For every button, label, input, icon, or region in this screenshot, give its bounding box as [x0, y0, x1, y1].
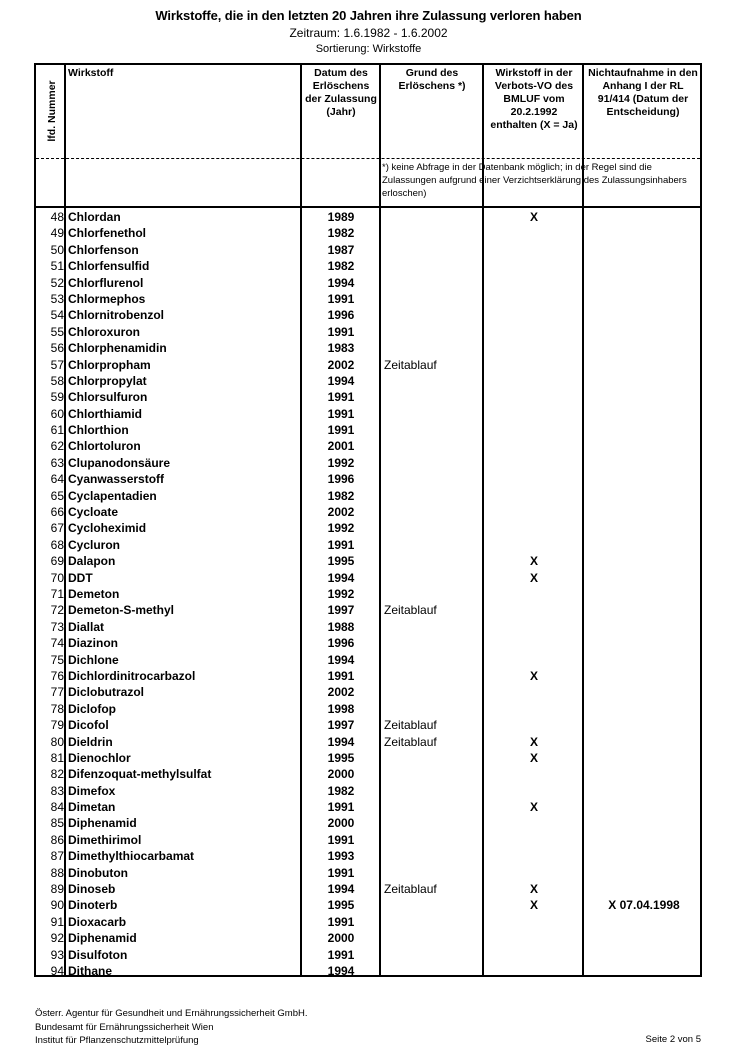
row-substance: Cycluron [68, 537, 120, 553]
row-number: 82 [36, 766, 64, 782]
row-number: 90 [36, 897, 64, 913]
row-number: 88 [36, 865, 64, 881]
table-row: 74Diazinon1996 [36, 635, 700, 651]
row-substance: Dimethirimol [68, 832, 141, 848]
table-row: 63Clupanodonsäure1992 [36, 455, 700, 471]
row-number: 94 [36, 963, 64, 979]
row-substance: DDT [68, 570, 93, 586]
row-year: 1989 [302, 209, 380, 225]
row-year: 1996 [302, 307, 380, 323]
row-ban-flag: X [484, 734, 584, 750]
table-row: 87Dimethylthiocarbamat1993 [36, 848, 700, 864]
row-substance: Dithane [68, 963, 112, 979]
row-year: 1991 [302, 914, 380, 930]
row-substance: Chloroxuron [68, 324, 140, 340]
row-substance: Cyclapentadien [68, 488, 157, 504]
row-number: 78 [36, 701, 64, 717]
row-ban-flag: X [484, 750, 584, 766]
table-row: 60Chlorthiamid1991 [36, 406, 700, 422]
row-number: 66 [36, 504, 64, 520]
row-reason: Zeitablauf [384, 734, 437, 750]
table-row: 72Demeton-S-methyl1997Zeitablauf [36, 602, 700, 618]
row-substance: Dienochlor [68, 750, 131, 766]
row-number: 85 [36, 815, 64, 831]
table-row: 69Dalapon1995X [36, 553, 700, 569]
table-row: 61Chlorthion1991 [36, 422, 700, 438]
row-year: 1992 [302, 520, 380, 536]
row-substance: Chlorpropham [68, 357, 151, 373]
row-year: 1997 [302, 602, 380, 618]
table-row: 70DDT1994X [36, 570, 700, 586]
table-row: 94Dithane1994 [36, 963, 700, 979]
table-row: 48Chlordan1989X [36, 209, 700, 225]
row-year: 1994 [302, 963, 380, 979]
table-row: 76Dichlordinitrocarbazol1991X [36, 668, 700, 684]
row-year: 1995 [302, 750, 380, 766]
row-number: 61 [36, 422, 64, 438]
row-substance: Chlorthion [68, 422, 129, 438]
row-number: 54 [36, 307, 64, 323]
header-ban: Wirkstoff in der Verbots-VO des BMLUF vo… [486, 67, 582, 132]
row-number: 93 [36, 947, 64, 963]
row-number: 65 [36, 488, 64, 504]
row-substance: Dichlone [68, 652, 119, 668]
row-ban-flag: X [484, 881, 584, 897]
header-separator [36, 158, 700, 159]
row-substance: Chlorphenamidin [68, 340, 167, 356]
row-number: 52 [36, 275, 64, 291]
header-name: Wirkstoff [68, 67, 288, 80]
row-number: 92 [36, 930, 64, 946]
table-row: 80Dieldrin1994ZeitablaufX [36, 734, 700, 750]
header-annex: Nichtaufnahme in den Anhang I der RL 91/… [586, 67, 700, 119]
row-substance: Chlorfensulfid [68, 258, 149, 274]
header-reason: Grund des Erlöschens *) [384, 67, 480, 93]
footer-line: Bundesamt für Ernährungssicherheit Wien [35, 1021, 307, 1035]
table-row: 64Cyanwasserstoff1996 [36, 471, 700, 487]
table-row: 49Chlorfenethol1982 [36, 225, 700, 241]
body-separator [36, 206, 700, 208]
row-substance: Diphenamid [68, 930, 137, 946]
row-substance: Dioxacarb [68, 914, 126, 930]
table-row: 52Chlorflurenol1994 [36, 275, 700, 291]
row-substance: Chlordan [68, 209, 121, 225]
period-subtitle: Zeitraum: 1.6.1982 - 1.6.2002 [0, 26, 737, 40]
table-row: 81Dienochlor1995X [36, 750, 700, 766]
row-number: 56 [36, 340, 64, 356]
table-row: 85Diphenamid2000 [36, 815, 700, 831]
row-substance: Dinoseb [68, 881, 115, 897]
reason-footnote: *) keine Abfrage in der Datenbank möglic… [382, 161, 702, 200]
row-number: 74 [36, 635, 64, 651]
row-number: 71 [36, 586, 64, 602]
table-row: 89Dinoseb1994ZeitablaufX [36, 881, 700, 897]
row-substance: Cycloate [68, 504, 118, 520]
sorting-subtitle: Sortierung: Wirkstoffe [0, 43, 737, 55]
header-year: Datum des Erlöschens der Zulassung (Jahr… [304, 67, 378, 119]
row-year: 1982 [302, 488, 380, 504]
row-year: 1994 [302, 570, 380, 586]
table-row: 59Chlorsulfuron1991 [36, 389, 700, 405]
row-year: 1998 [302, 701, 380, 717]
table-row: 83Dimefox1982 [36, 783, 700, 799]
row-number: 60 [36, 406, 64, 422]
row-ban-flag: X [484, 553, 584, 569]
row-substance: Diazinon [68, 635, 118, 651]
row-substance: Chlorpropylat [68, 373, 147, 389]
table-body: 48Chlordan1989X49Chlorfenethol198250Chlo… [36, 209, 700, 979]
row-substance: Diphenamid [68, 815, 137, 831]
row-year: 1992 [302, 586, 380, 602]
row-substance: Chlormephos [68, 291, 145, 307]
row-number: 72 [36, 602, 64, 618]
row-substance: Dalapon [68, 553, 115, 569]
row-year: 2002 [302, 357, 380, 373]
table-row: 82Difenzoquat-methylsulfat2000 [36, 766, 700, 782]
row-substance: Demeton [68, 586, 119, 602]
row-ban-flag: X [484, 209, 584, 225]
row-number: 62 [36, 438, 64, 454]
row-year: 1991 [302, 291, 380, 307]
row-number: 86 [36, 832, 64, 848]
row-substance: Demeton-S-methyl [68, 602, 174, 618]
row-number: 48 [36, 209, 64, 225]
row-number: 77 [36, 684, 64, 700]
table-row: 93Disulfoton1991 [36, 947, 700, 963]
table-row: 73Diallat1988 [36, 619, 700, 635]
row-ban-flag: X [484, 668, 584, 684]
row-number: 51 [36, 258, 64, 274]
row-year: 1992 [302, 455, 380, 471]
row-number: 55 [36, 324, 64, 340]
row-substance: Diclofop [68, 701, 116, 717]
row-year: 2000 [302, 766, 380, 782]
row-year: 2002 [302, 684, 380, 700]
row-number: 83 [36, 783, 64, 799]
row-year: 1996 [302, 635, 380, 651]
row-number: 57 [36, 357, 64, 373]
row-substance: Chlorfenson [68, 242, 139, 258]
row-substance: Dinobuton [68, 865, 128, 881]
footer-institution: Österr. Agentur für Gesundheit und Ernäh… [35, 1007, 307, 1048]
row-year: 1996 [302, 471, 380, 487]
row-substance: Diallat [68, 619, 104, 635]
row-number: 53 [36, 291, 64, 307]
row-year: 1987 [302, 242, 380, 258]
row-number: 50 [36, 242, 64, 258]
row-substance: Chlorsulfuron [68, 389, 147, 405]
row-number: 63 [36, 455, 64, 471]
substances-table: lfd. Nummer Wirkstoff Datum des Erlösche… [34, 63, 702, 977]
row-number: 84 [36, 799, 64, 815]
row-substance: Chlornitrobenzol [68, 307, 164, 323]
row-substance: Diclobutrazol [68, 684, 144, 700]
table-row: 54Chlornitrobenzol1996 [36, 307, 700, 323]
row-year: 1993 [302, 848, 380, 864]
table-row: 67Cycloheximid1992 [36, 520, 700, 536]
row-substance: Dichlordinitrocarbazol [68, 668, 195, 684]
row-year: 1991 [302, 389, 380, 405]
row-year: 1991 [302, 668, 380, 684]
row-number: 58 [36, 373, 64, 389]
table-row: 77Diclobutrazol2002 [36, 684, 700, 700]
footer-line: Österr. Agentur für Gesundheit und Ernäh… [35, 1007, 307, 1021]
table-row: 50Chlorfenson1987 [36, 242, 700, 258]
row-number: 89 [36, 881, 64, 897]
row-number: 75 [36, 652, 64, 668]
row-year: 1988 [302, 619, 380, 635]
row-year: 2000 [302, 930, 380, 946]
row-year: 1982 [302, 225, 380, 241]
table-row: 51Chlorfensulfid1982 [36, 258, 700, 274]
row-year: 1994 [302, 881, 380, 897]
row-year: 1994 [302, 734, 380, 750]
table-row: 86Dimethirimol1991 [36, 832, 700, 848]
row-year: 1991 [302, 537, 380, 553]
row-substance: Chlorfenethol [68, 225, 146, 241]
table-row: 53Chlormephos1991 [36, 291, 700, 307]
table-row: 56Chlorphenamidin1983 [36, 340, 700, 356]
row-year: 1997 [302, 717, 380, 733]
row-substance: Difenzoquat-methylsulfat [68, 766, 211, 782]
row-substance: Cyanwasserstoff [68, 471, 164, 487]
row-number: 91 [36, 914, 64, 930]
table-row: 66Cycloate2002 [36, 504, 700, 520]
table-row: 84Dimetan1991X [36, 799, 700, 815]
row-reason: Zeitablauf [384, 602, 437, 618]
row-reason: Zeitablauf [384, 357, 437, 373]
row-substance: Dimetan [68, 799, 115, 815]
row-year: 1994 [302, 652, 380, 668]
table-row: 62Chlortoluron2001 [36, 438, 700, 454]
document-title: Wirkstoffe, die in den letzten 20 Jahren… [0, 8, 737, 23]
row-year: 1994 [302, 275, 380, 291]
row-substance: Chlorflurenol [68, 275, 143, 291]
row-year: 1991 [302, 406, 380, 422]
footer-line: Institut für Pflanzenschutzmittelprüfung [35, 1034, 307, 1048]
row-year: 1994 [302, 373, 380, 389]
row-reason: Zeitablauf [384, 881, 437, 897]
row-substance: Cycloheximid [68, 520, 146, 536]
row-year: 1991 [302, 947, 380, 963]
table-row: 79Dicofol1997Zeitablauf [36, 717, 700, 733]
row-ban-flag: X [484, 897, 584, 913]
row-year: 1991 [302, 799, 380, 815]
row-number: 49 [36, 225, 64, 241]
row-number: 76 [36, 668, 64, 684]
row-annex: X 07.04.1998 [586, 897, 702, 913]
row-substance: Chlortoluron [68, 438, 141, 454]
row-year: 1991 [302, 832, 380, 848]
row-year: 2001 [302, 438, 380, 454]
row-number: 81 [36, 750, 64, 766]
row-substance: Disulfoton [68, 947, 127, 963]
row-year: 2002 [302, 504, 380, 520]
row-year: 1983 [302, 340, 380, 356]
row-number: 59 [36, 389, 64, 405]
row-number: 69 [36, 553, 64, 569]
row-number: 87 [36, 848, 64, 864]
row-number: 79 [36, 717, 64, 733]
row-number: 73 [36, 619, 64, 635]
row-substance: Chlorthiamid [68, 406, 142, 422]
row-year: 2000 [302, 815, 380, 831]
row-substance: Dimefox [68, 783, 115, 799]
row-year: 1982 [302, 258, 380, 274]
row-year: 1991 [302, 422, 380, 438]
row-substance: Clupanodonsäure [68, 455, 170, 471]
table-row: 88Dinobuton1991 [36, 865, 700, 881]
row-substance: Dicofol [68, 717, 109, 733]
row-number: 68 [36, 537, 64, 553]
table-row: 65Cyclapentadien1982 [36, 488, 700, 504]
row-year: 1982 [302, 783, 380, 799]
row-number: 67 [36, 520, 64, 536]
table-row: 75Dichlone1994 [36, 652, 700, 668]
row-number: 70 [36, 570, 64, 586]
row-ban-flag: X [484, 570, 584, 586]
row-ban-flag: X [484, 799, 584, 815]
row-year: 1991 [302, 324, 380, 340]
table-row: 58Chlorpropylat1994 [36, 373, 700, 389]
table-row: 90Dinoterb1995XX 07.04.1998 [36, 897, 700, 913]
row-substance: Dinoterb [68, 897, 117, 913]
header-nr: lfd. Nummer [39, 69, 65, 153]
row-substance: Dimethylthiocarbamat [68, 848, 194, 864]
row-number: 64 [36, 471, 64, 487]
row-reason: Zeitablauf [384, 717, 437, 733]
table-row: 92Diphenamid2000 [36, 930, 700, 946]
row-year: 1991 [302, 865, 380, 881]
table-row: 71Demeton1992 [36, 586, 700, 602]
table-row: 57Chlorpropham2002Zeitablauf [36, 357, 700, 373]
page-number: Seite 2 von 5 [646, 1034, 701, 1045]
row-substance: Dieldrin [68, 734, 113, 750]
row-year: 1995 [302, 553, 380, 569]
table-row: 68Cycluron1991 [36, 537, 700, 553]
table-row: 91Dioxacarb1991 [36, 914, 700, 930]
row-number: 80 [36, 734, 64, 750]
row-year: 1995 [302, 897, 380, 913]
table-row: 78Diclofop1998 [36, 701, 700, 717]
table-row: 55Chloroxuron1991 [36, 324, 700, 340]
